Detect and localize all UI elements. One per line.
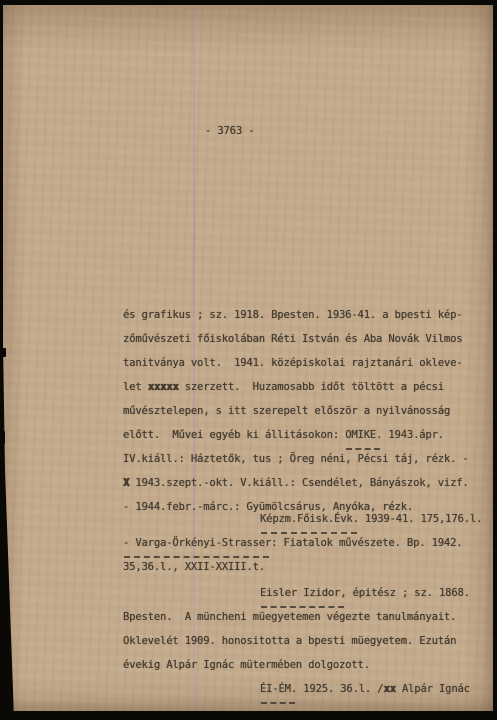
struck-out-text: xxxxx — [148, 381, 179, 393]
underlined-source: Képzm.Főisk.Évk. — [260, 512, 359, 526]
scanned-document-page: - 3763 - és grafikus ; sz. 1918. Bpesten… — [0, 0, 497, 720]
text-segment: szerzett. Huzamosabb időt töltött a pécs… — [179, 381, 444, 393]
text-segment: épitész ; sz. 1868. — [346, 587, 469, 599]
underlined-name: Eisler Izidor, — [260, 586, 346, 600]
underlined-word: OMIKE. — [345, 428, 382, 442]
text-segment: 1925. 36.l. / — [297, 683, 383, 695]
text-line: let xxxxx szerzett. Huzamosabb időt tölt… — [123, 380, 444, 394]
text-line: előtt. Művei egyéb ki állitásokon: OMIKE… — [123, 428, 444, 442]
text-line: művésztelepen, s itt szerepelt először a… — [123, 404, 450, 418]
text-line: X 1943.szept.-okt. V.kiáll.: Csendélet, … — [123, 476, 469, 490]
page-number: - 3763 - — [205, 124, 254, 138]
text-segment: 1943.ápr. — [382, 429, 444, 441]
text-line: Oklevelét 1909. honositotta a bpesti müe… — [123, 634, 456, 648]
text-segment: let — [123, 381, 148, 393]
text-line: Bpesten. A müncheni müegyetemen végezte … — [123, 610, 456, 624]
text-line: Eisler Izidor, épitész ; sz. 1868. — [260, 586, 470, 600]
text-segment: előtt. Művei egyéb ki állitásokon: — [123, 429, 345, 441]
reference-line: Képzm.Főisk.Évk. 1939-41. 175,176.l. — [260, 512, 482, 526]
text-line: és grafikus ; sz. 1918. Bpesten. 1936-41… — [123, 308, 462, 322]
text-segment: : Fiatalok művészete. Bp. 1942. — [271, 537, 462, 549]
reference-line: - Varga-Örkényi-Strasser: Fiatalok művés… — [123, 536, 462, 550]
underlined-source: - Varga-Örkényi-Strasser — [123, 536, 271, 550]
text-line: évekig Alpár Ignác mütermében dolgozott. — [123, 658, 370, 672]
text-line: zőművészeti főiskolában Réti István és A… — [123, 332, 462, 346]
text-line: tanitványa volt. 1941. középiskolai rajz… — [123, 356, 462, 370]
reference-line: 35,36.l., XXII-XXIII.t. — [123, 560, 265, 574]
text-line: IV.kiáll.: Háztetők, tus ; Öreg néni, Pé… — [123, 452, 469, 466]
typewritten-text-layer: - 3763 - és grafikus ; sz. 1918. Bpesten… — [0, 0, 497, 720]
text-segment: Alpár Ignác — [396, 683, 470, 695]
struck-out-text: xx — [383, 683, 395, 695]
text-segment: 1943.szept.-okt. V.kiáll.: Csendélet, Bá… — [129, 477, 468, 489]
underlined-source: ÉI-ÉM. — [260, 682, 297, 696]
reference-line: ÉI-ÉM. 1925. 36.l. /xx Alpár Ignác — [260, 682, 470, 696]
text-segment: 1939-41. 175,176.l. — [359, 513, 482, 525]
